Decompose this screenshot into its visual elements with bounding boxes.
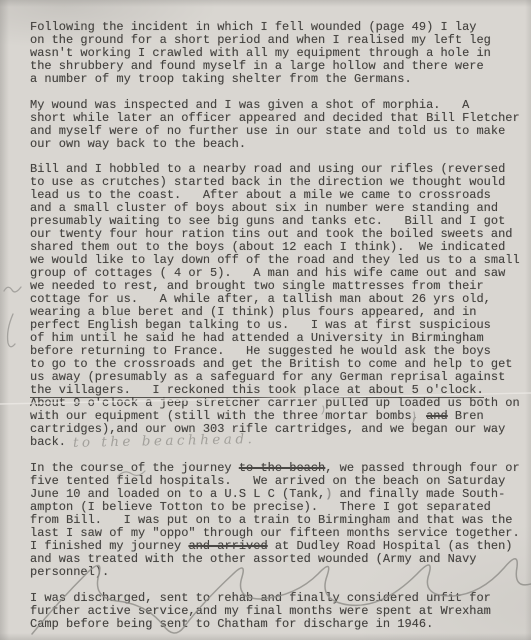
- segment-text: to use as crutches) started back in the …: [30, 175, 505, 189]
- segment-text: and a small cluster of boys about six in…: [30, 201, 498, 215]
- segment-text: further active service,and my final mont…: [30, 604, 491, 618]
- segment-text: shared them out to the boys (about 12 ea…: [30, 240, 505, 254]
- segment-text: I finished my journey: [30, 539, 188, 553]
- segment-strike: to the beach: [239, 461, 325, 475]
- segment-text: with our equipment (still with the three…: [30, 409, 426, 423]
- text-line: personnel).: [30, 566, 527, 579]
- segment-text: ampton (I believe Totton to be precise).…: [30, 500, 491, 514]
- segment-text: our twenty four hour ration tins out and…: [30, 227, 512, 241]
- segment-text: group of cottages ( 4 or 5). A man and h…: [30, 266, 505, 280]
- segment-text: wasn't working I crawled with all my equ…: [30, 46, 491, 60]
- segment-text: of him until he said he had attended a U…: [30, 331, 484, 345]
- text-line: back. to the beachhead.: [30, 435, 527, 449]
- paragraph-4: In the course of the journey to the beac…: [30, 462, 527, 579]
- segment-text: Bill and I hobbled to a nearby road and …: [30, 162, 505, 176]
- segment-text: on the ground for a short period and whe…: [30, 33, 491, 47]
- segment-strike: and arrived: [188, 539, 267, 553]
- segment-text: we needed to rest, and brought two singl…: [30, 279, 484, 293]
- segment-text: from Bill. I was put on to a train to Bi…: [30, 513, 512, 527]
- text-line: a number of my troop taking shelter from…: [30, 73, 527, 86]
- segment-text: wearing a blue beret and (I think) plus …: [30, 305, 476, 319]
- segment-text: back.: [30, 435, 73, 449]
- paragraph-3: Bill and I hobbled to a nearby road and …: [30, 163, 527, 449]
- paragraph-1: Following the incident in which I fell w…: [30, 21, 527, 86]
- segment-text: we would like to lay down off of the roa…: [30, 253, 520, 267]
- segment-text: My wound was inspected and I was given a…: [30, 98, 469, 112]
- segment-text: last I saw of my "oppo" through our fift…: [30, 526, 520, 540]
- segment-text: our own way back to the beach.: [30, 137, 246, 151]
- document-body: Following the incident in which I fell w…: [30, 21, 527, 640]
- segment-text: Camp before being sent to Chatham for di…: [30, 617, 433, 631]
- segment-text: Following the incident in which I fell w…: [30, 20, 476, 34]
- segment-text: cottage for us. A while after, a tallish…: [30, 292, 491, 306]
- segment-text: and myself were of no further use in our…: [30, 124, 505, 138]
- text-line: us away (presumably as a safeguard for a…: [30, 371, 527, 384]
- segment-text: presumably waiting to see big guns and t…: [30, 214, 505, 228]
- segment-text: lead us to the coast. After about a mile…: [30, 188, 491, 202]
- paragraph-5: I was discharged, sent to rehab and fina…: [30, 592, 527, 631]
- segment-text: In the course of the journey: [30, 461, 239, 475]
- segment-text: a number of my troop taking shelter from…: [30, 72, 412, 86]
- margin-checkmark-icon: [8, 314, 15, 347]
- segment-text: and was treated with the other assorted …: [30, 552, 476, 566]
- scanned-page: Following the incident in which I fell w…: [0, 0, 531, 640]
- segment-text: to go to the crossroads and get the Brit…: [30, 357, 512, 371]
- segment-text: I was discharged, sent to rehab and fina…: [30, 591, 491, 605]
- segment-text: five tented field hospitals. We arrived …: [30, 474, 505, 488]
- segment-strike: and: [426, 409, 448, 423]
- segment-text: personnel).: [30, 565, 109, 579]
- segment-text: before returning to France. He suggested…: [30, 344, 491, 358]
- paragraph-2: My wound was inspected and I was given a…: [30, 99, 527, 151]
- segment-text: at Dudley Road Hospital (as then): [268, 539, 513, 553]
- segment-script: to the beachhead.: [73, 434, 256, 451]
- segment-text: perfect English began talking to us. I w…: [30, 318, 491, 332]
- segment-text: and finally made South-: [332, 487, 505, 501]
- segment-text: Bren: [448, 409, 484, 423]
- segment-text: June 10 and loaded on to a U.S L C (Tank…: [30, 487, 325, 501]
- margin-squiggle-icon: [4, 287, 21, 292]
- text-line: Camp before being sent to Chatham for di…: [30, 618, 527, 631]
- segment-text: , we passed through four or: [325, 461, 519, 475]
- segment-text: About 9 o'clock a jeep stretcher carrier…: [30, 396, 520, 410]
- segment-text: short while later an officer appeared an…: [30, 111, 520, 125]
- text-line: our own way back to the beach.: [30, 138, 527, 151]
- segment-text: us away (presumably as a safeguard for a…: [30, 370, 505, 384]
- segment-text: the shrubbery and found myself in a larg…: [30, 59, 484, 73]
